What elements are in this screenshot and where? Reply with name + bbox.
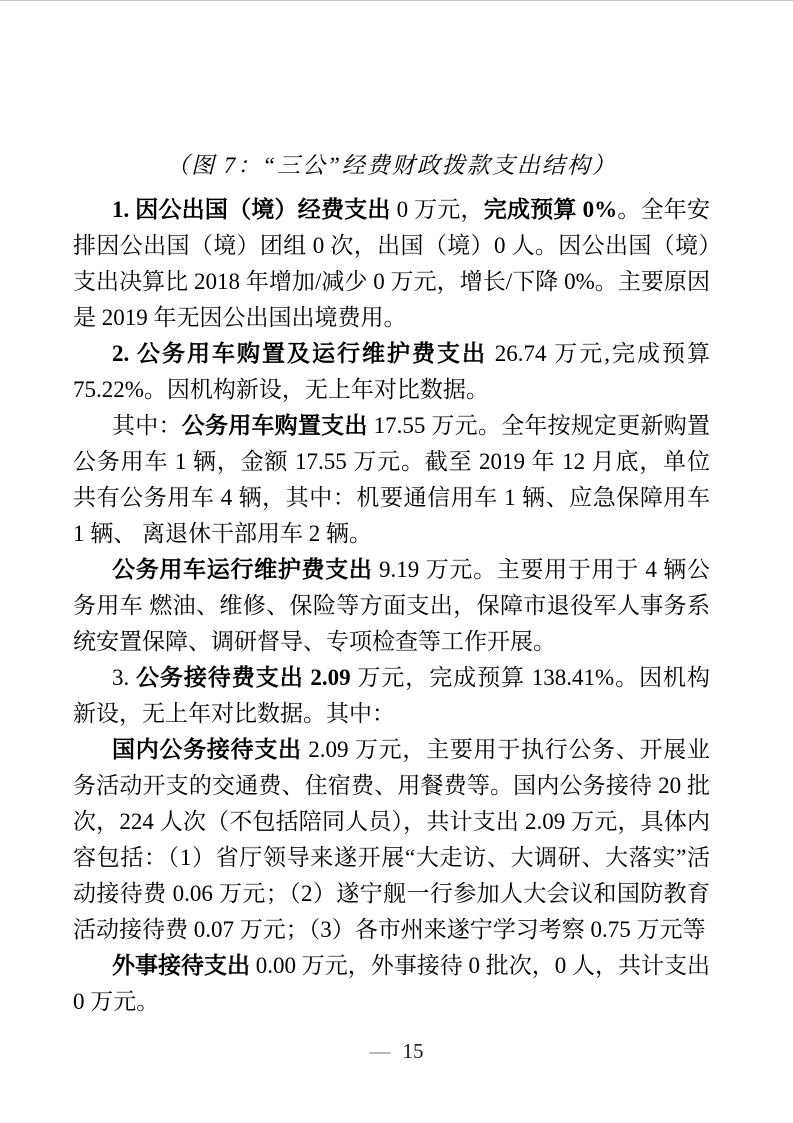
text-segment: 外事接待支出 bbox=[112, 953, 256, 978]
paragraph-vehicle-maintenance-expense: 公务用车运行维护费支出 9.19 万元。主要用于用于 4 辆公务用车 燃油、维修… bbox=[73, 552, 710, 660]
page-number: 15 bbox=[403, 1039, 424, 1063]
text-segment: 2.09 万元，主要用于执行公务、开展业务活动开支的交通费、住宿费、用餐费等。国… bbox=[73, 737, 710, 942]
text-segment: 3. bbox=[112, 665, 136, 690]
paragraph-vehicle-purchase-expense: 其中：公务用车购置支出 17.55 万元。全年按规定更新购置公务用车 1 辆，金… bbox=[73, 408, 710, 552]
text-segment: 其中： bbox=[112, 413, 182, 438]
text-segment: 完成预算 0% bbox=[484, 197, 617, 222]
page-number-dash: — bbox=[370, 1039, 391, 1063]
text-segment: 2. 公务用车购置及运行维护费支出 bbox=[112, 341, 495, 366]
text-segment: 公务用车购置支出 bbox=[182, 413, 374, 438]
paragraph-domestic-reception-expense: 国内公务接待支出 2.09 万元，主要用于执行公务、开展业务活动开支的交通费、住… bbox=[73, 732, 710, 948]
document-body: （图 7：“三公”经费财政拨款支出结构） 1. 因公出国（境）经费支出 0 万元… bbox=[73, 147, 710, 1020]
paragraph-foreign-reception-expense: 外事接待支出 0.00 万元，外事接待 0 批次，0 人，共计支出 0 万元。 bbox=[73, 948, 710, 1020]
text-segment: 1. 因公出国（境）经费支出 bbox=[112, 197, 397, 222]
paragraph-outbound-trips-expense: 1. 因公出国（境）经费支出 0 万元，完成预算 0%。全年安排因公出国（境）团… bbox=[73, 192, 710, 336]
figure-caption: （图 7：“三公”经费财政拨款支出结构） bbox=[73, 147, 710, 184]
text-segment: 公务接待费支出 2.09 bbox=[136, 665, 351, 690]
paragraph-reception-total-expense: 3. 公务接待费支出 2.09 万元，完成预算 138.41%。因机构新设，无上… bbox=[73, 660, 710, 732]
text-segment: 公务用车运行维护费支出 bbox=[112, 557, 379, 582]
text-segment: 国内公务接待支出 bbox=[112, 737, 308, 762]
text-segment: 0 万元， bbox=[397, 197, 484, 222]
paragraph-vehicle-total-expense: 2. 公务用车购置及运行维护费支出 26.74 万元,完成预算 75.22%。因… bbox=[73, 336, 710, 408]
page-footer: —15 bbox=[0, 1039, 793, 1064]
document-page: { "page": { "title": "（图 7：“三公”经费财政拨款支出结… bbox=[0, 0, 793, 1123]
